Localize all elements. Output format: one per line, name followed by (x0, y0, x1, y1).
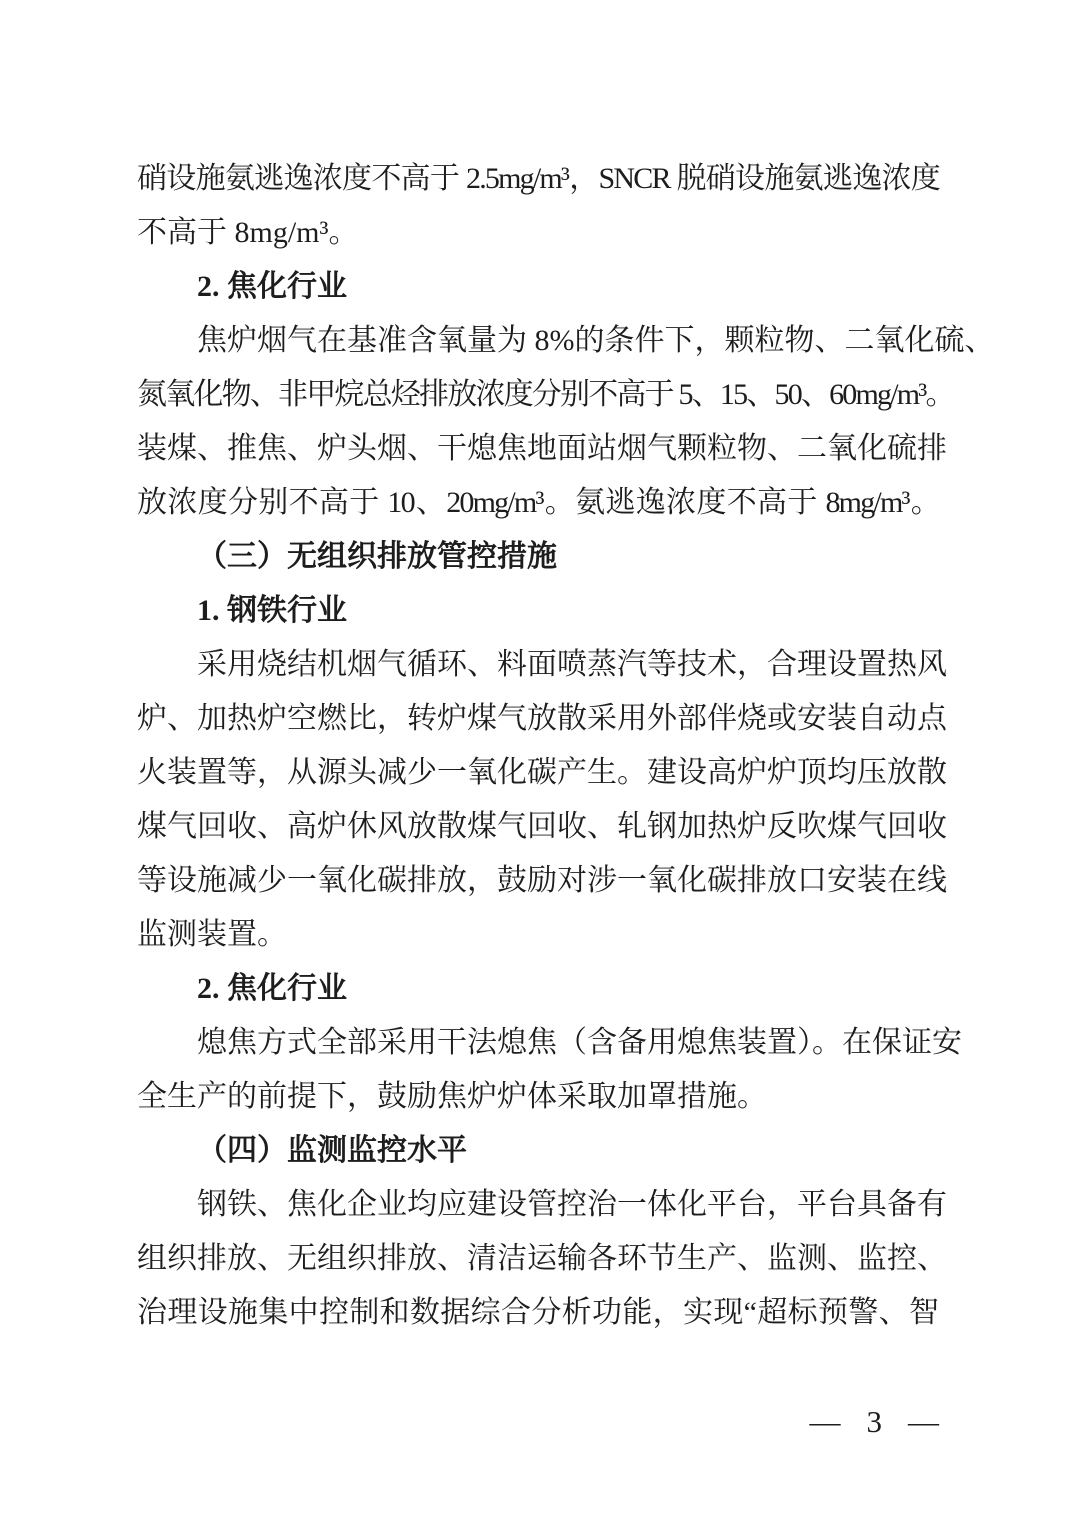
document-line: 采用烧结机烟气循环、料面喷蒸汽等技术，合理设置热风 (137, 638, 939, 692)
document-line: 放浓度分别不高于 10、20mg/m³。氨逃逸浓度不高于 8mg/m³。 (137, 476, 939, 530)
document-line: 等设施减少一氧化碳排放，鼓励对涉一氧化碳排放口安装在线 (137, 854, 939, 908)
document-line: 煤气回收、高炉休风放散煤气回收、轧钢加热炉反吹煤气回收 (137, 800, 939, 854)
page-footer: — 3 — (810, 1398, 940, 1446)
section-heading: 2. 焦化行业 (137, 962, 939, 1016)
section-heading: （三）无组织排放管控措施 (137, 530, 939, 584)
footer-dash-right: — (908, 1404, 939, 1440)
document-line: 全生产的前提下，鼓励焦炉炉体采取加罩措施。 (137, 1070, 939, 1124)
document-line: 不高于 8mg/m³。 (137, 206, 939, 260)
document-line: 钢铁、焦化企业均应建设管控治一体化平台，平台具备有 (137, 1178, 939, 1232)
document-line: 焦炉烟气在基准含氧量为 8%的条件下，颗粒物、二氧化硫、 (137, 314, 939, 368)
section-heading: 1. 钢铁行业 (137, 584, 939, 638)
page-number: 3 (867, 1404, 883, 1440)
document-line: 炉、加热炉空燃比，转炉煤气放散采用外部伴烧或安装自动点 (137, 692, 939, 746)
section-heading: 2. 焦化行业 (137, 260, 939, 314)
document-line: 组织排放、无组织排放、清洁运输各环节生产、监测、监控、 (137, 1232, 939, 1286)
footer-dash-left: — (810, 1404, 841, 1440)
document-page-body: 硝设施氨逃逸浓度不高于 2.5mg/m³，SNCR 脱硝设施氨逃逸浓度 不高于 … (137, 152, 939, 1340)
document-line: 装煤、推焦、炉头烟、干熄焦地面站烟气颗粒物、二氧化硫排 (137, 422, 939, 476)
document-line: 火装置等，从源头减少一氧化碳产生。建设高炉炉顶均压放散 (137, 746, 939, 800)
document-line: 硝设施氨逃逸浓度不高于 2.5mg/m³，SNCR 脱硝设施氨逃逸浓度 (137, 152, 939, 206)
section-heading: （四）监测监控水平 (137, 1124, 939, 1178)
document-line: 氮氧化物、非甲烷总烃排放浓度分别不高于 5、15、50、60mg/m³。 (137, 368, 939, 422)
document-line: 监测装置。 (137, 908, 939, 962)
document-line: 熄焦方式全部采用干法熄焦（含备用熄焦装置）。在保证安 (137, 1016, 939, 1070)
document-line: 治理设施集中控制和数据综合分析功能，实现“超标预警、智 (137, 1286, 939, 1340)
